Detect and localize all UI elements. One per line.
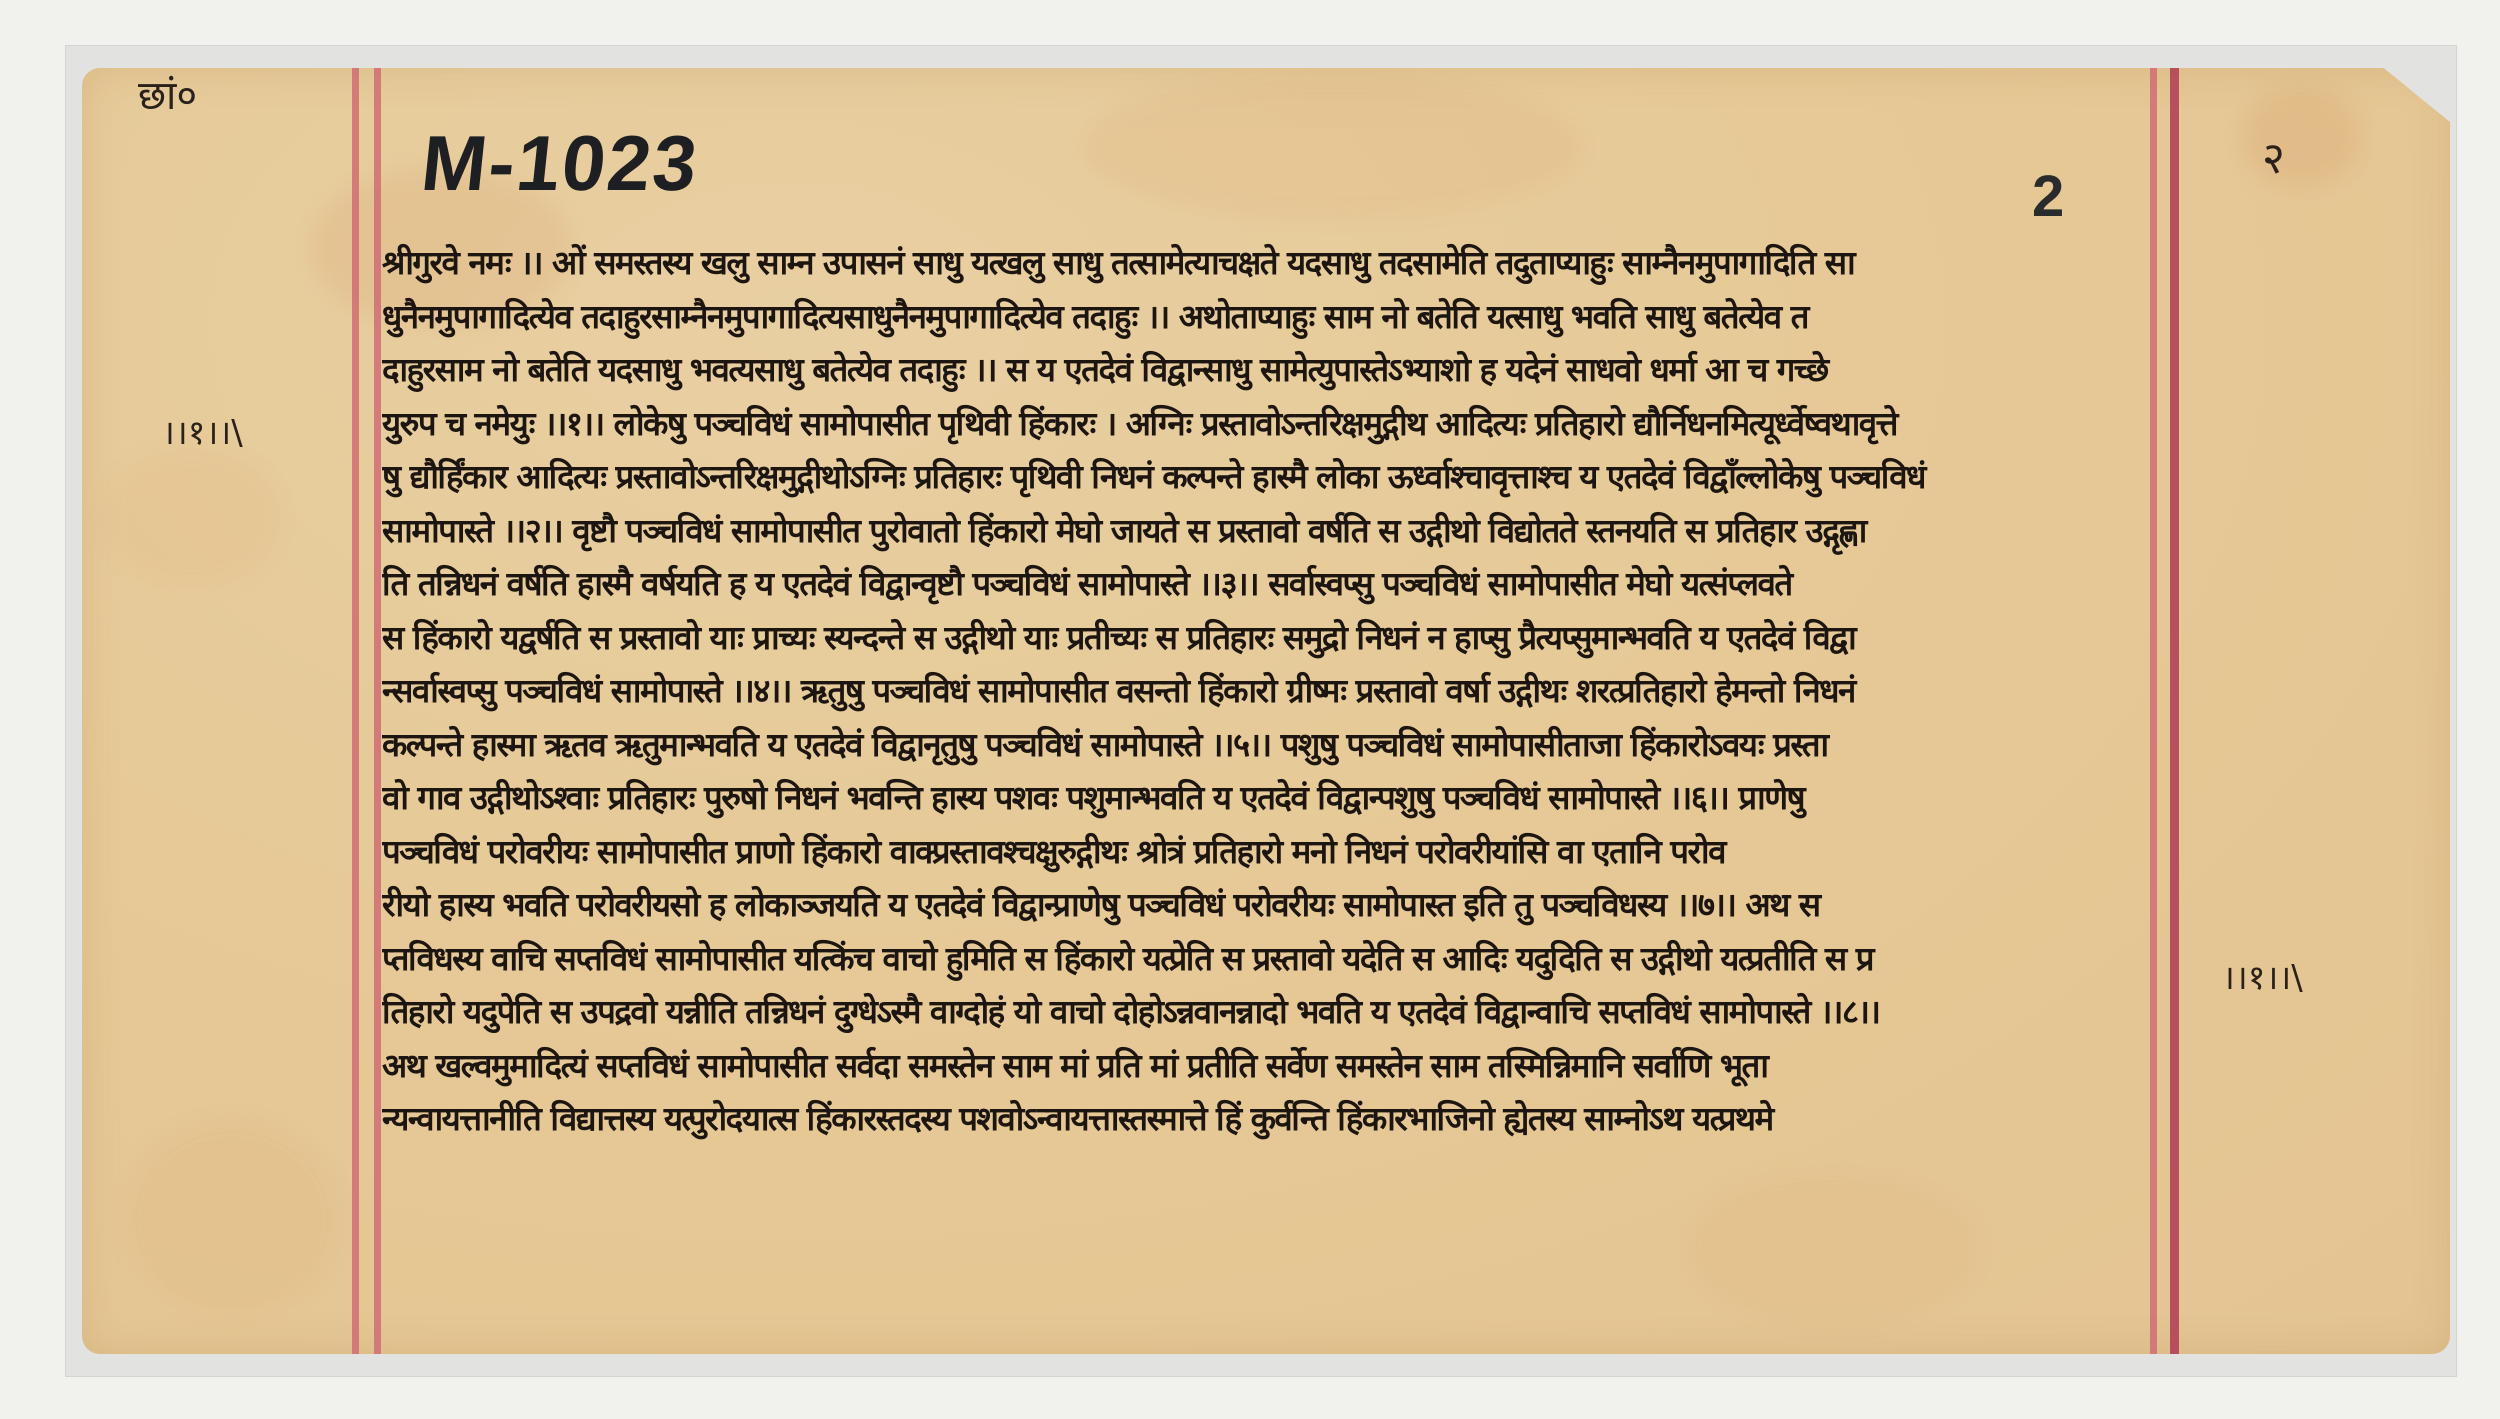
left-margin-mark: ।।१।।\	[162, 408, 243, 454]
text-line: न्सर्वास्वप्सु पञ्चविधं सामोपास्ते ।।४।।…	[382, 664, 2252, 718]
text-line: स हिंकारो यद्वर्षति स प्रस्तावो याः प्रा…	[382, 611, 2252, 665]
text-line: वो गाव उद्गीथोऽश्वाः प्रतिहारः पुरुषो नि…	[382, 771, 2252, 825]
text-line: षु द्यौर्हिंकार आदित्यः प्रस्तावोऽन्तरिक…	[382, 450, 2252, 504]
title-abbreviation: छां०	[138, 66, 197, 121]
folio-number-arabic: 2	[2032, 163, 2064, 230]
stain	[122, 1118, 342, 1318]
stain	[102, 448, 282, 588]
stain	[1682, 1168, 1982, 1328]
text-line: कल्पन्ते हास्मा ऋतव ऋतुमान्भवति य एतदेवं…	[382, 718, 2252, 772]
text-line: धुनैनमुपागादित्येव तदाहुरसाम्नैनमुपागादि…	[382, 290, 2252, 344]
text-line: प्तविधस्य वाचि सप्तविधं सामोपासीत यत्किं…	[382, 932, 2252, 986]
text-line: पञ्चविधं परोवरीयः सामोपासीत प्राणो हिंका…	[382, 825, 2252, 879]
left-margin-rule-outer	[352, 68, 359, 1354]
stain	[2242, 88, 2362, 188]
text-line: ति तन्निधनं वर्षति हास्मै वर्षयति ह य एत…	[382, 557, 2252, 611]
stain	[1082, 78, 1582, 218]
text-line: अथ खल्वमुमादित्यं सप्तविधं सामोपासीत सर्…	[382, 1039, 2252, 1093]
text-line: न्यन्वायत्तानीति विद्यात्तस्य यत्पुरोदया…	[382, 1092, 2252, 1146]
manuscript-folio: छां० M-1023 2 २ ।।१।।\ ।।१।।\ श्रीगुरवे …	[82, 68, 2450, 1354]
folio-number-devanagari: २	[2262, 126, 2285, 186]
text-line: युरुप च नमेयुः ।।१।। लोकेषु पञ्चविधं साम…	[382, 397, 2252, 451]
shelfmark: M-1023	[417, 118, 703, 209]
manuscript-text: श्रीगुरवे नमः ।। ओं समस्तस्य खलु साम्न उ…	[382, 236, 2252, 1146]
text-line: तिहारो यदुपेति स उपद्रवो यन्नीति तन्निधन…	[382, 985, 2252, 1039]
left-margin-rule-inner	[374, 68, 381, 1354]
text-line: श्रीगुरवे नमः ।। ओं समस्तस्य खलु साम्न उ…	[382, 236, 2252, 290]
text-line: रीयो हास्य भवति परोवरीयसो ह लोकाञ्जयति य…	[382, 878, 2252, 932]
text-line: दाहुरसाम नो बतेति यदसाधु भवत्यसाधु बतेत्…	[382, 343, 2252, 397]
text-line: सामोपास्ते ।।२।। वृष्टौ पञ्चविधं सामोपास…	[382, 504, 2252, 558]
